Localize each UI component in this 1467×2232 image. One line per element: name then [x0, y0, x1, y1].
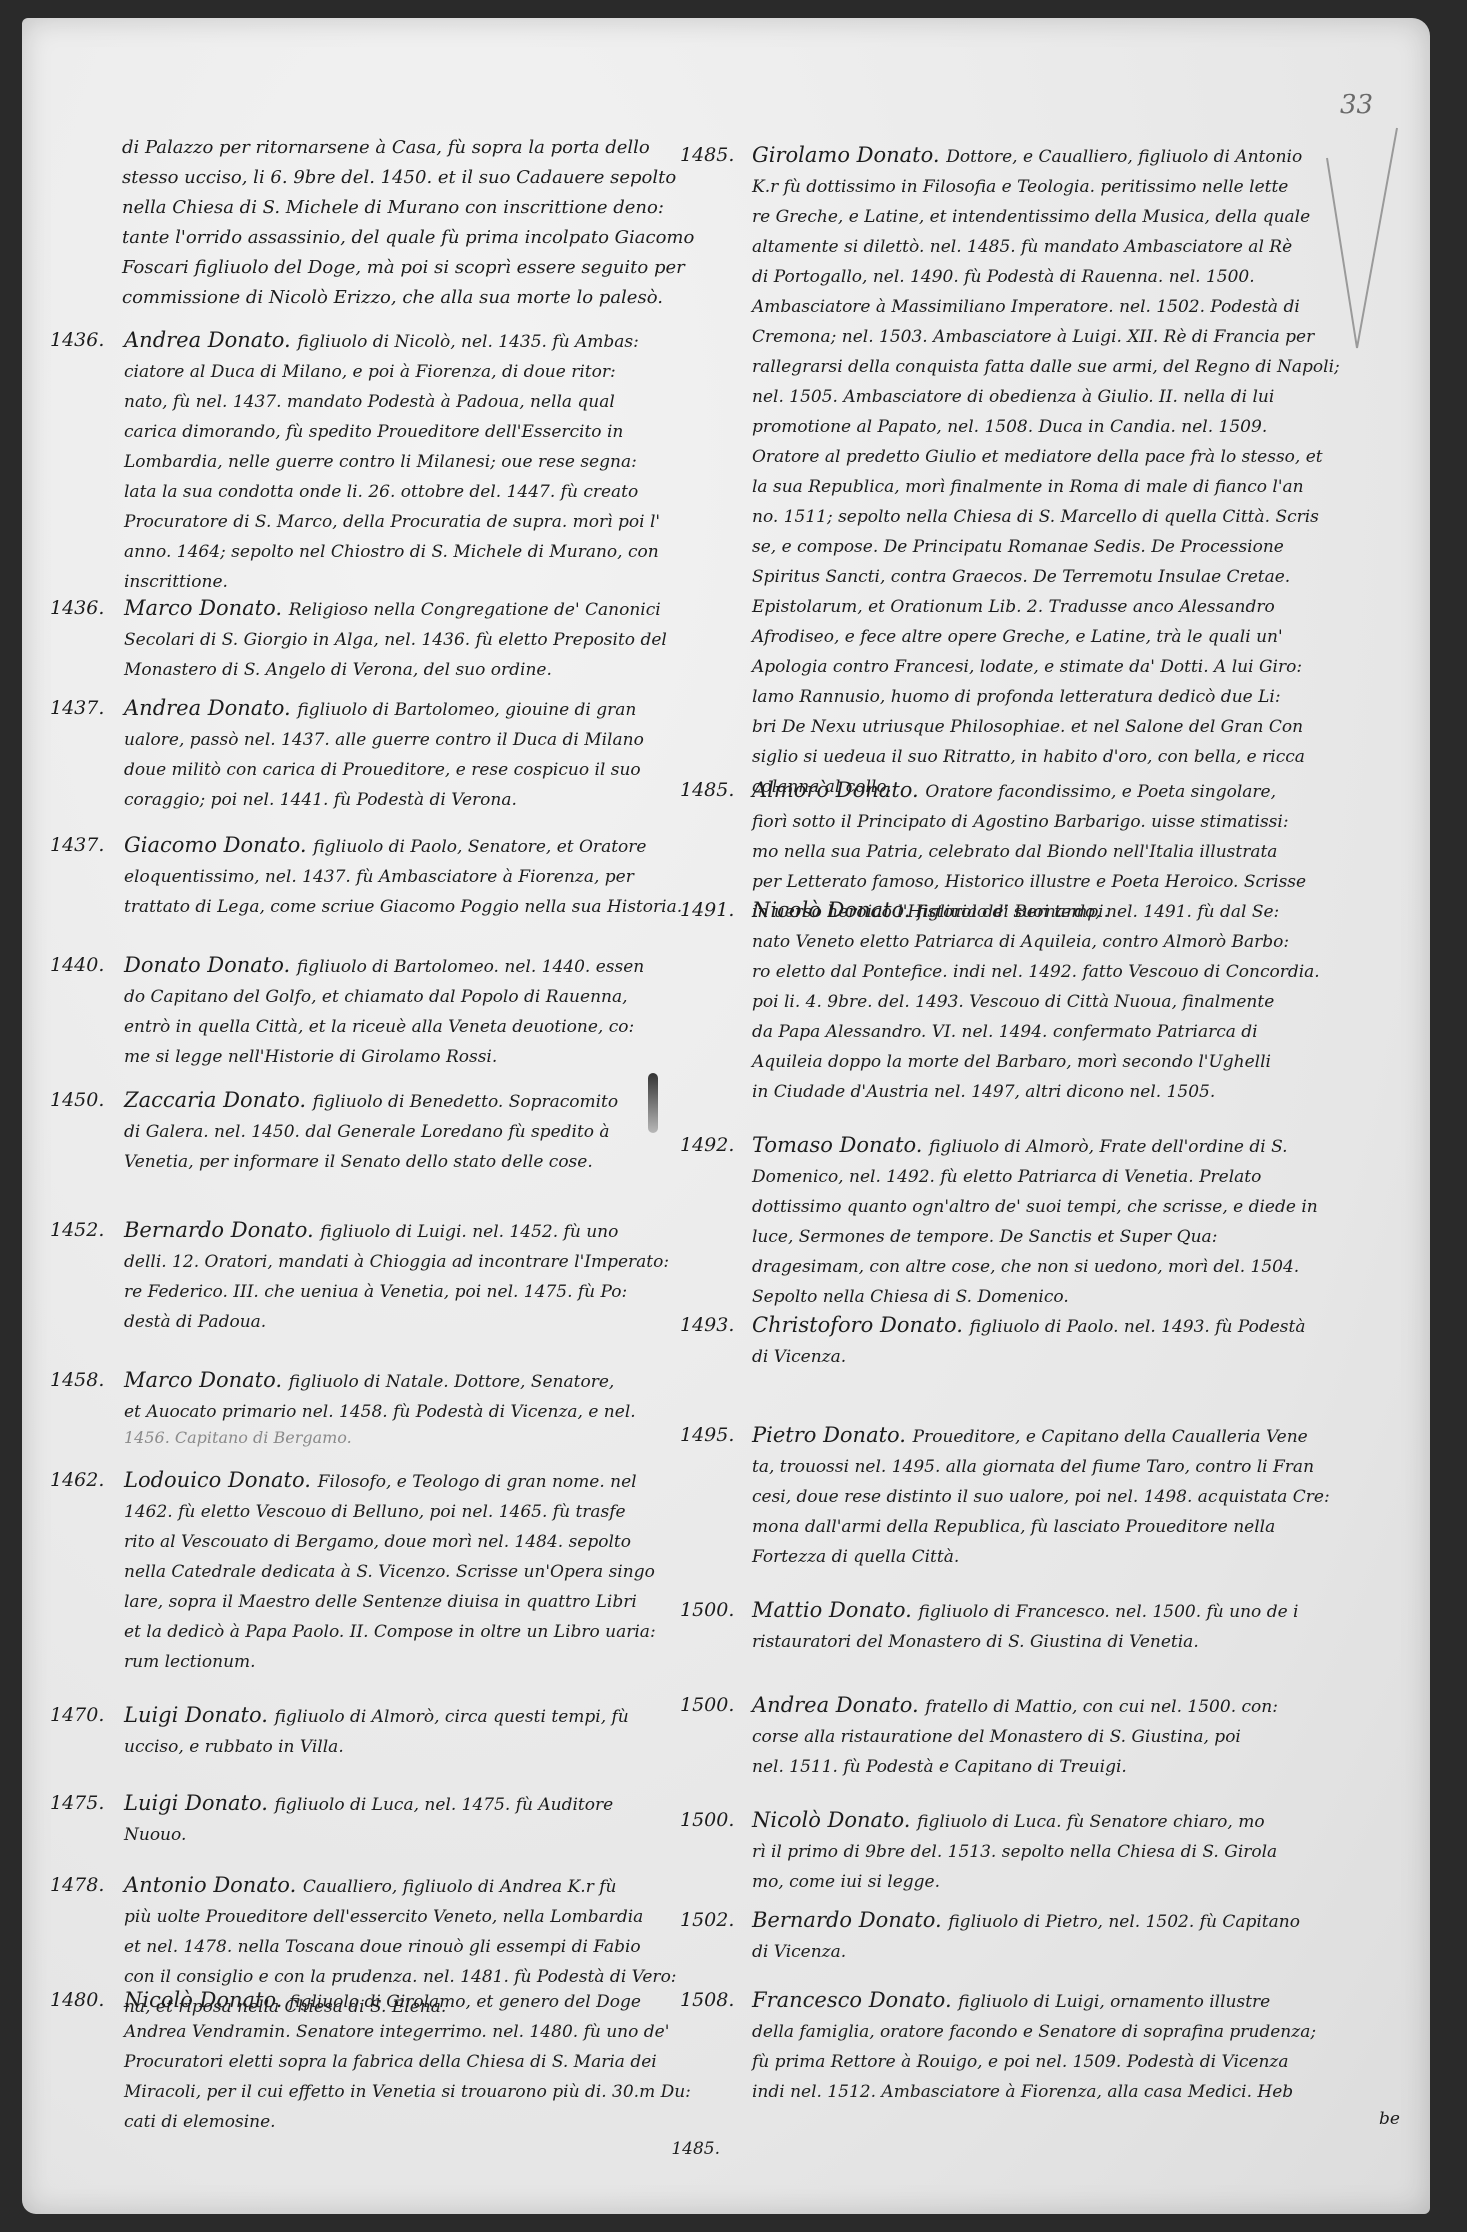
entry-year: 1500. [680, 1595, 752, 1625]
entry-text-line: mo nella sua Patria, celebrato dal Biond… [752, 837, 1400, 867]
register-entry: 1480.Nicolò Donato. figliuolo di Girolam… [50, 1985, 720, 2161]
register-entry: 1436.Andrea Donato. figliuolo di Nicolò,… [50, 325, 720, 597]
entry-text-line: figliuolo di Pietro, nel. 1502. fù Capit… [948, 1912, 1300, 1932]
entry-name: Andrea Donato. [124, 328, 297, 352]
entry-name: Marco Donato. [124, 596, 289, 620]
entry-text-line: siglio si uedeua il suo Ritratto, in hab… [752, 742, 1400, 772]
entry-text-line: figliuolo di Bartolomeo, giouine di gran [297, 700, 636, 720]
trailing-note: be [752, 2107, 1400, 2131]
register-entry: 1436.Marco Donato. Religioso nella Congr… [50, 593, 720, 685]
entry-text-line: Epistolarum, et Orationum Lib. 2. Tradus… [752, 592, 1400, 622]
entry-text-line: stesso ucciso, li 6. 9bre del. 1450. et … [122, 163, 702, 193]
entry-name: Luigi Donato. [124, 1703, 275, 1727]
entry-name: Andrea Donato. [752, 1693, 925, 1717]
entry-year: 1437. [50, 830, 122, 860]
entry-text-line: altamente si dilettò. nel. 1485. fù mand… [752, 232, 1400, 262]
entry-text-line: Miracoli, per il cui effetto in Venetia … [124, 2077, 720, 2107]
entry-text-line: la sua Republica, morì finalmente in Rom… [752, 472, 1400, 502]
entry-text-line: Oratore al predetto Giulio et mediatore … [752, 442, 1400, 472]
entry-text-line: di Vicenza. [752, 1937, 1400, 1967]
entry-text-line: nella Chiesa di S. Michele di Murano con… [122, 193, 702, 223]
entry-text-line: Oratore facondissimo, e Poeta singolare, [925, 782, 1276, 802]
register-entry: 1450.Zaccaria Donato. figliuolo di Bened… [50, 1085, 720, 1177]
entry-text-line: cesi, doue rese distinto il suo ualore, … [752, 1482, 1400, 1512]
entry-year: 1491. [680, 895, 752, 925]
entry-text-line: della famiglia, oratore facondo e Senato… [752, 2017, 1400, 2047]
entry-text-line: figliuolo di Luca, nel. 1475. fù Auditor… [275, 1795, 614, 1815]
entry-text-line: figliuolo di Natale. Dottore, Senatore, [289, 1372, 615, 1392]
entry-year: 1436. [50, 325, 122, 355]
faint-annotation: 1456. Capitano di Bergamo. [124, 1427, 720, 1449]
entry-name: Donato Donato. [124, 953, 297, 977]
entry-text-line: figliuolo di Paolo. nel. 1493. fù Podest… [970, 1317, 1306, 1337]
entry-text-line: ualore, passò nel. 1437. alle guerre con… [124, 725, 720, 755]
entry-text-line: figliuolo di Bernardo, nel. 1491. fù dal… [917, 902, 1279, 922]
entry-text-line: di Galera. nel. 1450. dal Generale Lored… [124, 1117, 720, 1147]
entry-text-line: Cremona; nel. 1503. Ambasciatore à Luigi… [752, 322, 1400, 352]
entry-text-line: di Portogallo, nel. 1490. fù Podestà di … [752, 262, 1400, 292]
entry-name: Zaccaria Donato. [124, 1088, 313, 1112]
entry-text-line: K.r fù dottissimo in Filosofia e Teologi… [752, 172, 1400, 202]
entry-text-line: in Ciudade d'Austria nel. 1497, altri di… [752, 1077, 1400, 1107]
entry-year: 1458. [50, 1365, 122, 1395]
register-entry: 1495.Pietro Donato. Proueditore, e Capit… [680, 1420, 1400, 1572]
entry-name: Antonio Donato. [124, 1873, 303, 1897]
entry-text-line: ro eletto dal Pontefice. indi nel. 1492.… [752, 957, 1400, 987]
entry-text-line: re Greche, e Latine, et intendentissimo … [752, 202, 1400, 232]
entry-year: 1440. [50, 950, 122, 980]
entry-year: 1462. [50, 1465, 122, 1495]
entry-year: 1492. [680, 1130, 752, 1160]
entry-text-line: Afrodiseo, e fece altre opere Greche, e … [752, 622, 1400, 652]
entry-text-line: corse alla ristauratione del Monastero d… [752, 1722, 1400, 1752]
entry-text-line: delli. 12. Oratori, mandati à Chioggia a… [124, 1247, 720, 1277]
entry-text-line: nato Veneto eletto Patriarca di Aquileia… [752, 927, 1400, 957]
entry-text-line: Procuratore di S. Marco, della Procurati… [124, 507, 720, 537]
entry-text-line: rì il primo di 9bre del. 1513. sepolto n… [752, 1837, 1400, 1867]
entry-text-line: et nel. 1478. nella Toscana doue rinouò … [124, 1932, 720, 1962]
register-entry: 1462.Lodouico Donato. Filosofo, e Teolog… [50, 1465, 720, 1677]
entry-name: Francesco Donato. [752, 1988, 958, 2012]
entry-text-line: figliuolo di Nicolò, nel. 1435. fù Ambas… [297, 332, 638, 352]
entry-name: Giacomo Donato. [124, 833, 313, 857]
entry-text-line: rito al Vescouato di Bergamo, doue morì … [124, 1527, 720, 1557]
entry-text-line: Spiritus Sancti, contra Graecos. De Terr… [752, 562, 1400, 592]
entry-text-line: bri De Nexu utriusque Philosophiae. et n… [752, 712, 1400, 742]
entry-name: Bernardo Donato. [752, 1908, 948, 1932]
entry-text-line: mo, come iui si legge. [752, 1867, 1400, 1897]
entry-text-line: et Auocato primario nel. 1458. fù Podest… [124, 1397, 720, 1427]
entry-text-line: se, e compose. De Principatu Romanae Sed… [752, 532, 1400, 562]
register-entry: 1470.Luigi Donato. figliuolo di Almorò, … [50, 1700, 720, 1762]
entry-text-line: più uolte Proueditore dell'essercito Ven… [124, 1902, 720, 1932]
entry-text-line: figliuolo di Luca. fù Senatore chiaro, m… [917, 1812, 1264, 1832]
entry-text-line: nel. 1505. Ambasciatore di obedienza à G… [752, 382, 1400, 412]
entry-text-line: figliuolo di Benedetto. Sopracomito [313, 1092, 618, 1112]
entry-text-line: figliuolo di Francesco. nel. 1500. fù un… [919, 1602, 1299, 1622]
entry-year: 1475. [50, 1788, 122, 1818]
entry-text-line: Lombardia, nelle guerre contro li Milane… [124, 447, 720, 477]
entry-year: 1480. [50, 1985, 122, 2015]
entry-year: 1493. [680, 1310, 752, 1340]
entry-text-line: no. 1511; sepolto nella Chiesa di S. Mar… [752, 502, 1400, 532]
register-entry: 1475.Luigi Donato. figliuolo di Luca, ne… [50, 1788, 720, 1850]
entry-text-line: lare, sopra il Maestro delle Sentenze di… [124, 1587, 720, 1617]
entry-text-line: indi nel. 1512. Ambasciatore à Fiorenza,… [752, 2077, 1400, 2107]
entry-text-line: dragesimam, con altre cose, che non si u… [752, 1252, 1400, 1282]
entry-text-line: figliuolo di Almorò, Frate dell'ordine d… [929, 1137, 1287, 1157]
entry-year: 1452. [50, 1215, 122, 1245]
entry-text-line: me si legge nell'Historie di Girolamo Ro… [124, 1042, 720, 1072]
register-entry: 1458.Marco Donato. figliuolo di Natale. … [50, 1365, 720, 1449]
entry-text-line: da Papa Alessandro. VI. nel. 1494. confe… [752, 1017, 1400, 1047]
entry-text-line: Venetia, per informare il Senato dello s… [124, 1147, 720, 1177]
entry-text-line: coraggio; poi nel. 1441. fù Podestà di V… [124, 785, 720, 815]
entry-name: Bernardo Donato. [124, 1218, 320, 1242]
entry-name: Marco Donato. [124, 1368, 289, 1392]
entry-text-line: trattato di Lega, come scriue Giacomo Po… [124, 892, 720, 922]
entry-year: 1500. [680, 1690, 752, 1720]
entry-text-line: figliuolo di Luigi. nel. 1452. fù uno [320, 1222, 618, 1242]
entry-name: Pietro Donato. [752, 1423, 913, 1447]
entry-text-line: Domenico, nel. 1492. fù eletto Patriarca… [752, 1162, 1400, 1192]
entry-text-line: lata la sua condotta onde li. 26. ottobr… [124, 477, 720, 507]
entry-text-line: lamo Rannusio, huomo di profonda lettera… [752, 682, 1400, 712]
entry-text-line: Aquileia doppo la morte del Barbaro, mor… [752, 1047, 1400, 1077]
entry-text-line: nella Catedrale dedicata à S. Vicenzo. S… [124, 1557, 720, 1587]
entry-text-line: poi li. 4. 9bre. del. 1493. Vescouo di C… [752, 987, 1400, 1017]
entry-text-line: figliuolo di Almorò, circa questi tempi,… [275, 1707, 629, 1727]
entry-year: 1508. [680, 1985, 752, 2015]
register-entry: 1500.Nicolò Donato. figliuolo di Luca. f… [680, 1805, 1400, 1897]
entry-text-line: destà di Padoua. [124, 1307, 720, 1337]
entry-text-line: entrò in quella Città, et la riceuè alla… [124, 1012, 720, 1042]
register-entry: 1437.Giacomo Donato. figliuolo di Paolo,… [50, 830, 720, 922]
entry-name: Almorò Donato. [752, 778, 925, 802]
entry-text-line: eloquentissimo, nel. 1437. fù Ambasciato… [124, 862, 720, 892]
entry-text-line: figliuolo di Girolamo, et genero del Dog… [289, 1992, 641, 2012]
entry-name: Nicolò Donato. [752, 898, 917, 922]
entry-name: Mattio Donato. [752, 1598, 919, 1622]
entry-text-line: Ambasciatore à Massimiliano Imperatore. … [752, 292, 1400, 322]
entry-text-line: figliuolo di Luigi, ornamento illustre [958, 1992, 1270, 2012]
entry-text-line: promotione al Papato, nel. 1508. Duca in… [752, 412, 1400, 442]
register-entry: 1492.Tomaso Donato. figliuolo di Almorò,… [680, 1130, 1400, 1312]
entry-text-line: Andrea Vendramin. Senatore integerrimo. … [124, 2017, 720, 2047]
entry-text-line: fratello di Mattio, con cui nel. 1500. c… [925, 1697, 1278, 1717]
register-entry: 1440.Donato Donato. figliuolo di Bartolo… [50, 950, 720, 1072]
entry-name: Lodouico Donato. [124, 1468, 318, 1492]
trailing-note: 1485. [124, 2137, 720, 2161]
entry-text-line: ta, trouossi nel. 1495. alla giornata de… [752, 1452, 1400, 1482]
entry-text-line: Procuratori eletti sopra la fabrica dell… [124, 2047, 720, 2077]
entry-text-line: Monastero di S. Angelo di Verona, del su… [124, 655, 720, 685]
entry-text-line: rallegrarsi della conquista fatta dalle … [752, 352, 1400, 382]
entry-text-line: dottissimo quanto ogn'altro de' suoi tem… [752, 1192, 1400, 1222]
entry-text-line: et la dedicò à Papa Paolo. II. Compose i… [124, 1617, 720, 1647]
entry-text-line: anno. 1464; sepolto nel Chiostro di S. M… [124, 537, 720, 567]
register-entry: 1502.Bernardo Donato. figliuolo di Pietr… [680, 1905, 1400, 1967]
register-entry: 1493.Christoforo Donato. figliuolo di Pa… [680, 1310, 1400, 1372]
entry-text-line: Sepolto nella Chiesa di S. Domenico. [752, 1282, 1400, 1312]
entry-text-line: Fortezza di quella Città. [752, 1542, 1400, 1572]
entry-text-line: doue militò con carica di Proueditore, e… [124, 755, 720, 785]
entry-name: Andrea Donato. [124, 696, 297, 720]
entry-year: 1478. [50, 1870, 122, 1900]
entry-name: Tomaso Donato. [752, 1133, 929, 1157]
entry-text-line: do Capitano del Golfo, et chiamato dal P… [124, 982, 720, 1012]
entry-name: Nicolò Donato. [124, 1988, 289, 2012]
entry-name: Luigi Donato. [124, 1791, 275, 1815]
register-entry: 1485.Girolamo Donato. Dottore, e Caualli… [680, 140, 1400, 802]
entry-text-line: ciatore al Duca di Milano, e poi à Fiore… [124, 357, 720, 387]
entry-text-line: Secolari di S. Giorgio in Alga, nel. 143… [124, 625, 720, 655]
register-entry: 1508.Francesco Donato. figliuolo di Luig… [680, 1985, 1400, 2131]
entry-text-line: carica dimorando, fù spedito Proueditore… [124, 417, 720, 447]
entry-year: 1450. [50, 1085, 122, 1115]
entry-year: 1485. [680, 775, 752, 805]
entry-year: 1437. [50, 693, 122, 723]
entry-text-line: di Palazzo per ritornarsene à Casa, fù s… [122, 133, 702, 163]
entry-text-line: Apologia contro Francesi, lodate, e stim… [752, 652, 1400, 682]
register-entry: 1500.Andrea Donato. fratello di Mattio, … [680, 1690, 1400, 1782]
entry-text-line: Proueditore, e Capitano della Caualleria… [913, 1427, 1308, 1447]
entry-year: 1502. [680, 1905, 752, 1935]
entry-text-line: 1462. fù eletto Vescouo di Belluno, poi … [124, 1497, 720, 1527]
entry-year: 1495. [680, 1420, 752, 1450]
register-entry: 1500.Mattio Donato. figliuolo di Frances… [680, 1595, 1400, 1657]
entry-year: 1470. [50, 1700, 122, 1730]
entry-year: 1500. [680, 1805, 752, 1835]
entry-year: 1485. [680, 140, 752, 170]
entry-text-line: luce, Sermones de tempore. De Sanctis et… [752, 1222, 1400, 1252]
entry-text-line: fù prima Rettore à Rouigo, e poi nel. 15… [752, 2047, 1400, 2077]
entry-name: Nicolò Donato. [752, 1808, 917, 1832]
entry-text-line: figliuolo di Bartolomeo. nel. 1440. esse… [297, 957, 644, 977]
register-entry: 1452.Bernardo Donato. figliuolo di Luigi… [50, 1215, 720, 1337]
entry-text-line: commissione di Nicolò Erizzo, che alla s… [122, 283, 702, 313]
entry-text-line: mona dall'armi della Republica, fù lasci… [752, 1512, 1400, 1542]
entry-name: Christoforo Donato. [752, 1313, 970, 1337]
entry-text-line: figliuolo di Paolo, Senatore, et Oratore [313, 837, 646, 857]
entry-text-line: ristauratori del Monastero di S. Giustin… [752, 1627, 1400, 1657]
entry-text-line: Dottore, e Caualliero, figliuolo di Anto… [946, 147, 1302, 167]
entry-text-line: Caualliero, figliuolo di Andrea K.r fù [303, 1877, 617, 1897]
entry-text-line: re Federico. III. che ueniua à Venetia, … [124, 1277, 720, 1307]
entry-text-line: nato, fù nel. 1437. mandato Podestà à Pa… [124, 387, 720, 417]
entry-text-line: fiorì sotto il Principato di Agostino Ba… [752, 807, 1400, 837]
entry-text-line: di Vicenza. [752, 1342, 1400, 1372]
register-entry: 1437.Andrea Donato. figliuolo di Bartolo… [50, 693, 720, 815]
entry-text-line: Foscari figliuolo del Doge, mà poi si sc… [122, 253, 702, 283]
entry-text-line: per Letterato famoso, Historico illustre… [752, 867, 1400, 897]
entry-text-line: rum lectionum. [124, 1647, 720, 1677]
entry-text-line: cati di elemosine. [124, 2107, 720, 2137]
entry-year: 1436. [50, 593, 122, 623]
continuation-paragraph: di Palazzo per ritornarsene à Casa, fù s… [122, 133, 702, 313]
entry-text-line: Nuouo. [124, 1820, 720, 1850]
entry-text-line: tante l'orrido assassinio, del quale fù … [122, 223, 702, 253]
entry-name: Girolamo Donato. [752, 143, 946, 167]
entry-text-line: Filosofo, e Teologo di gran nome. nel [318, 1472, 637, 1492]
entry-text-line: nel. 1511. fù Podestà e Capitano di Treu… [752, 1752, 1400, 1782]
register-entry: 1491.Nicolò Donato. figliuolo di Bernard… [680, 895, 1400, 1107]
entry-text-line: ucciso, e rubbato in Villa. [124, 1732, 720, 1762]
entry-text-line: Religioso nella Congregatione de' Canoni… [289, 600, 661, 620]
